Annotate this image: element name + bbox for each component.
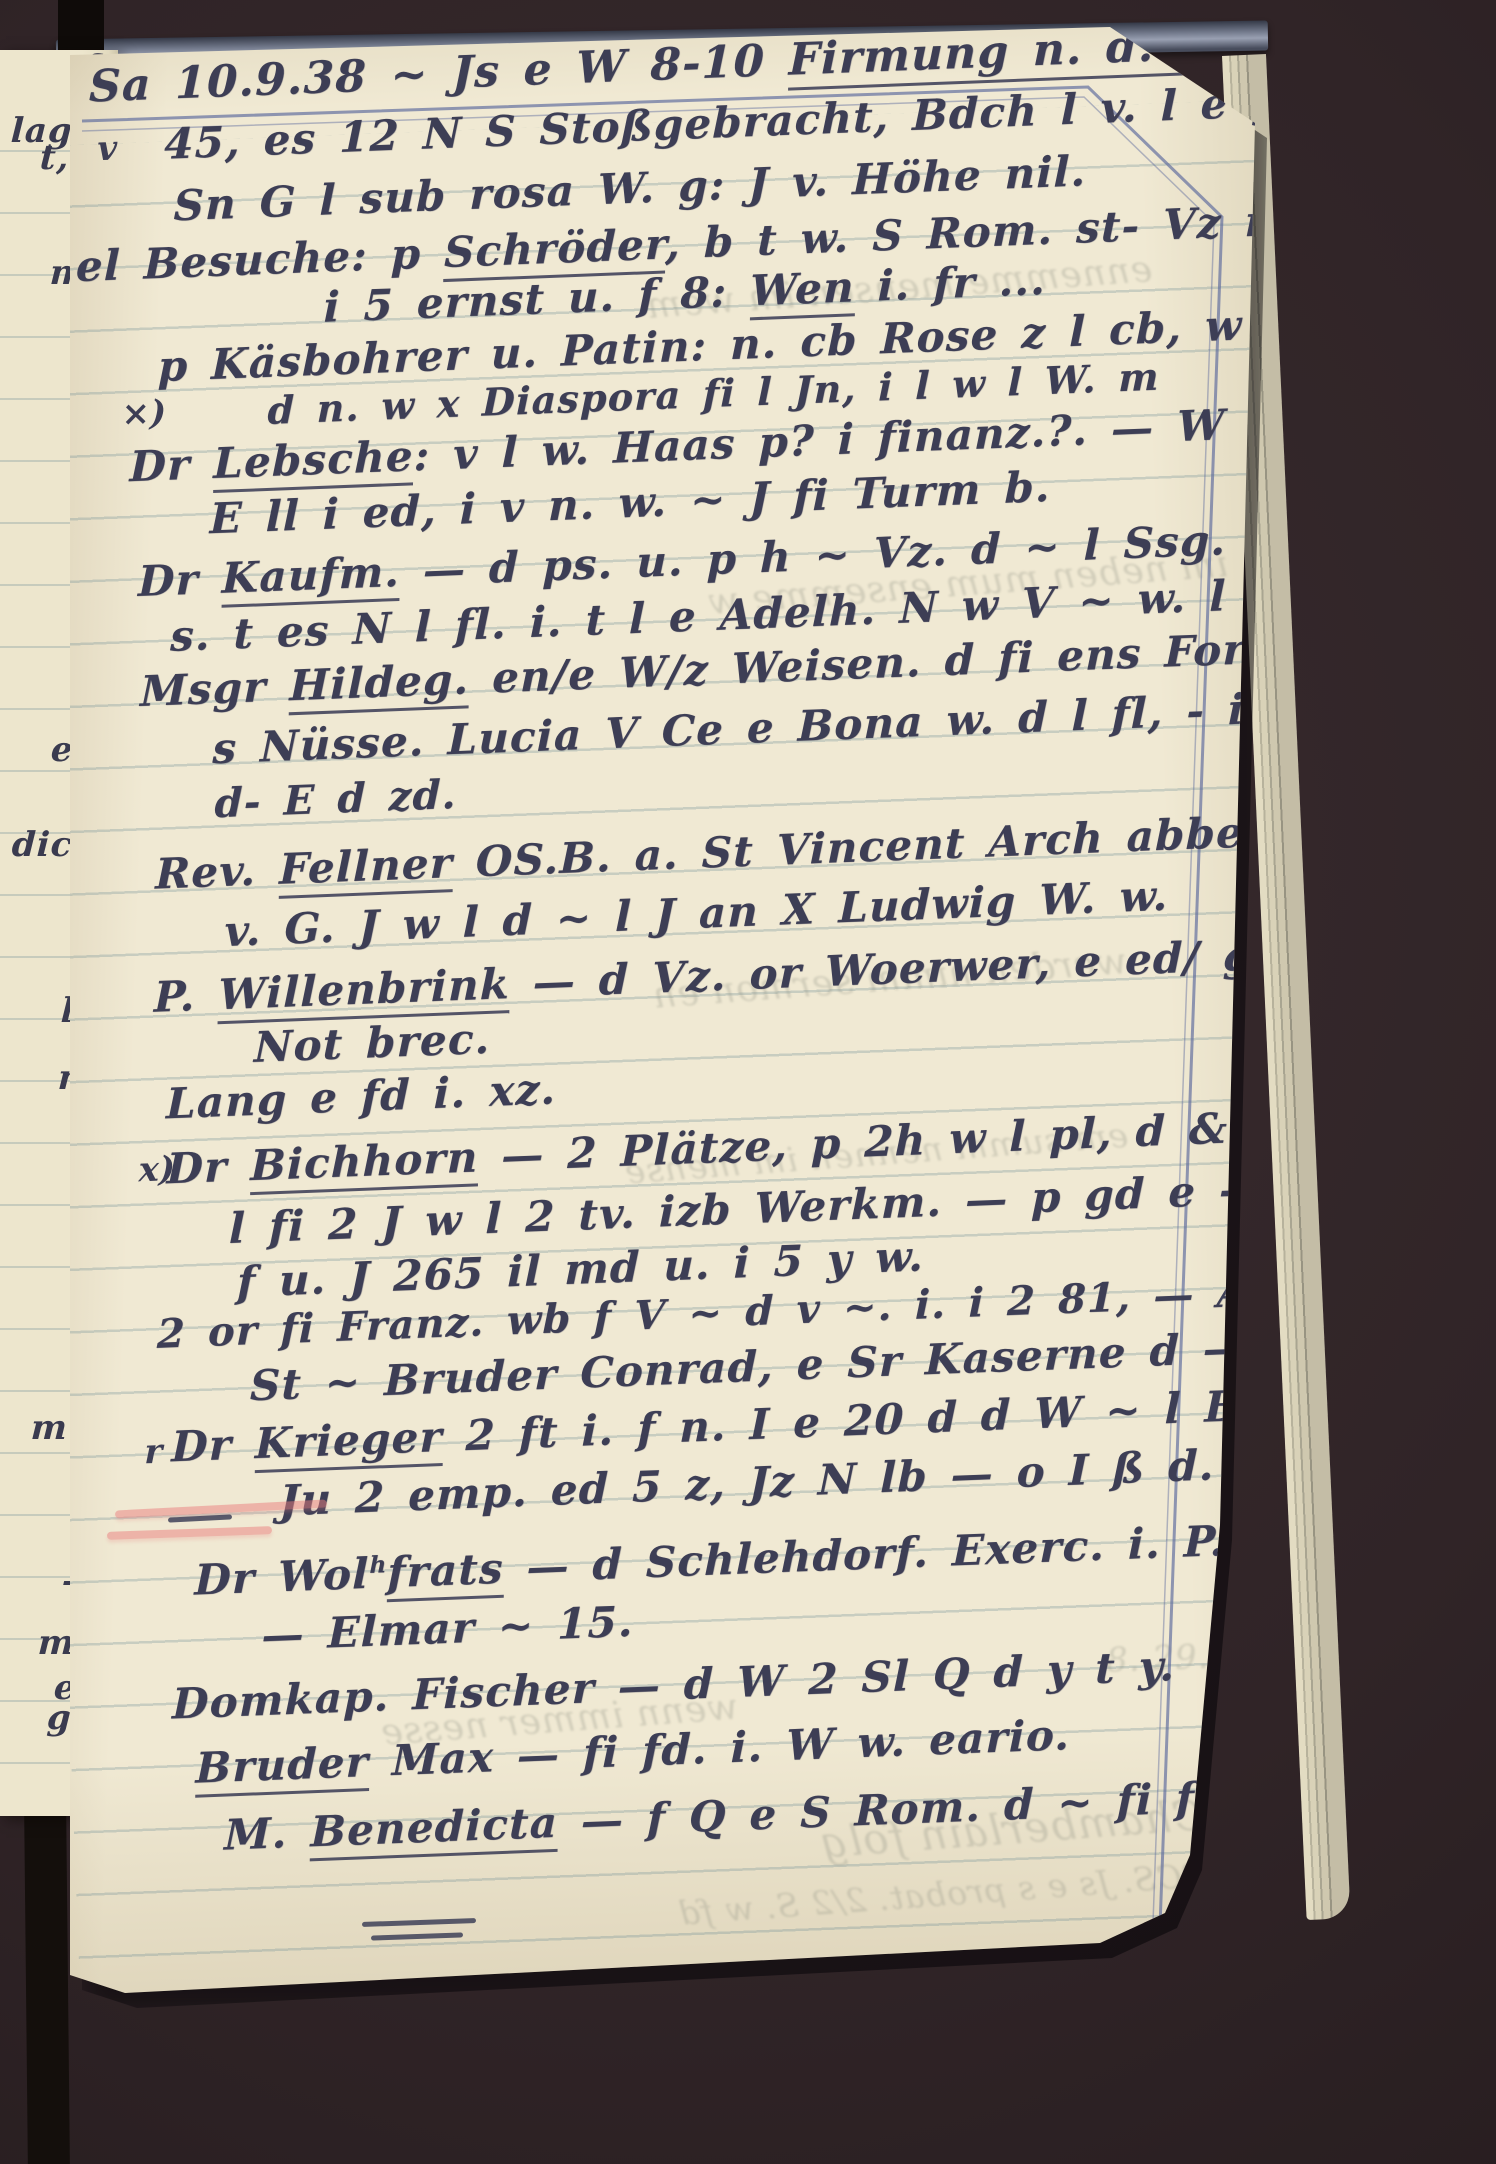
- handwriting-text: Lang e fd i. xz.: [166, 1064, 557, 1128]
- handwriting-line: d- E d zd.: [214, 774, 457, 825]
- margin-mark: x): [138, 1152, 175, 1187]
- photo-backdrop: f.lage-t, Va.mesJ,—ā/er)––.dick.2,2.le,n…: [0, 0, 1496, 2164]
- underlined-word: Firmung n. d. Hauskapelle: [788, 7, 1496, 90]
- margin-mark: ×): [121, 396, 166, 432]
- underlined-word: Wen: [750, 262, 855, 320]
- handwriting-text: Dr: [138, 554, 222, 606]
- handwriting-text: Dr Wol: [194, 1549, 370, 1605]
- handwriting-text: M.: [224, 1807, 311, 1859]
- handwriting-text: P.: [154, 970, 219, 1022]
- underlined-word: Benedicta: [310, 1798, 558, 1862]
- handwriting-text: — 2 Plätze, p 2h w l pl, d & 2 w e b n. …: [478, 1091, 1496, 1182]
- handwriting-line: Lang e fd i. xz.: [166, 1067, 557, 1126]
- handwriting-text: i. fr ...: [854, 255, 1046, 311]
- underlined-word: Fellner: [279, 838, 454, 899]
- margin-mark: r: [144, 1435, 162, 1470]
- handwriting-text: Max — fi fd. i. W w. eario.: [369, 1710, 1071, 1786]
- handwriting-text: Dr: [129, 439, 213, 491]
- underlined-word: Hildeg.: [289, 654, 470, 715]
- handwriting-text: — d Schlehdorf. Exerc. i. P. Eugen zd.: [503, 1505, 1496, 1592]
- handwriting-text: — f Q e S Rom. d ~ fi f w W.: [558, 1768, 1336, 1847]
- book-cover-edge-bottom: [24, 1806, 70, 2164]
- underlined-word: Lebsche: [213, 431, 414, 493]
- underlined-word: Bichhorn: [250, 1132, 479, 1195]
- handwriting-text: Rev.: [155, 845, 280, 899]
- diary-page: ennemme mensen im wemim neben mum ensemm…: [70, 25, 1266, 2000]
- handwriting-line: Not brec.: [254, 1017, 491, 1070]
- underlined-word: Krieger: [255, 1412, 444, 1473]
- handwriting-text: Msgr: [140, 661, 290, 716]
- handwriting-text: Dr: [171, 1419, 255, 1471]
- underlined-word: frats: [387, 1544, 504, 1603]
- handwriting-text: — Elmar ~ 15.: [261, 1597, 634, 1660]
- handwriting-text: Dr: [166, 1141, 250, 1193]
- handwriting-text: d- E d zd.: [214, 771, 457, 827]
- underlined-word: Bruder: [195, 1737, 369, 1798]
- handwriting-text: Not brec.: [254, 1014, 491, 1072]
- margin-mark: v: [97, 131, 117, 166]
- underlined-word: Kaufm.: [221, 547, 400, 608]
- handwriting-text: h: [369, 1551, 387, 1579]
- handwriting-line: Bruder Max — fi fd. i. W w. eario.: [195, 1713, 1070, 1791]
- handwriting-line: — Elmar ~ 15.: [261, 1600, 634, 1658]
- handwriting-layer: Sa 10.9.38 ~ Js e W 8-10 Firmung n. d. H…: [65, 0, 1336, 2001]
- handwriting-text: OS.B. a. St Vincent Arch abbey. W: [453, 804, 1352, 888]
